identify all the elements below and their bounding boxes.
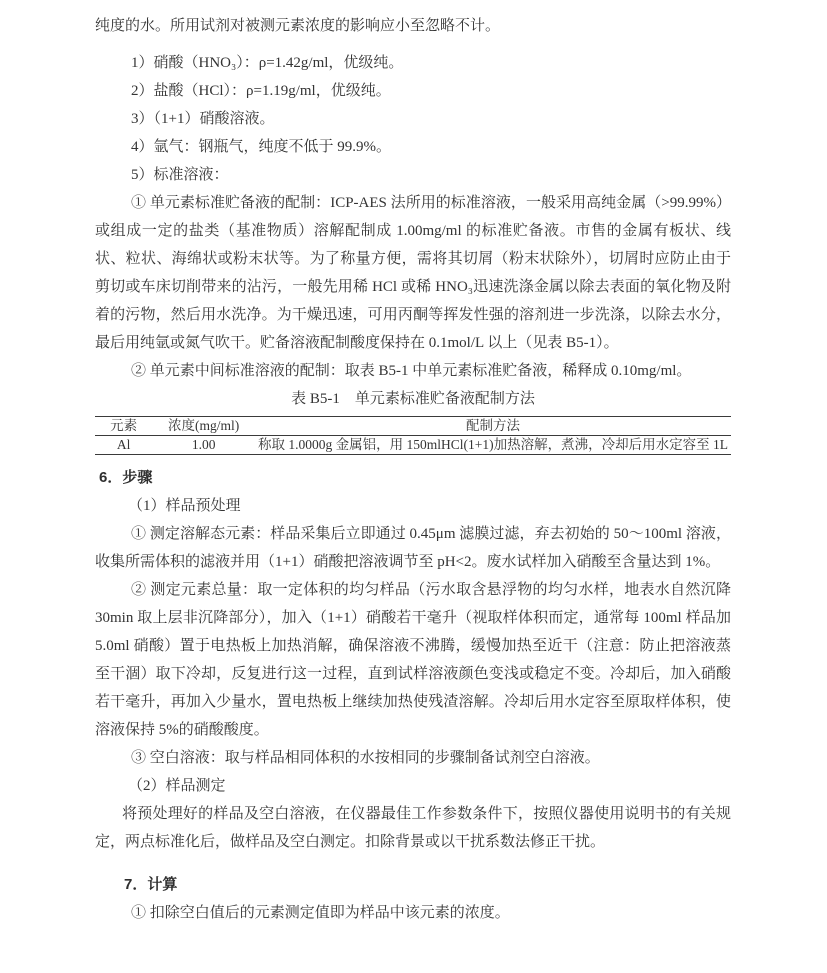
table-caption: 表 B5-1 单元素标准贮备液配制方法 [95, 385, 731, 413]
section-heading-steps: 6．步骤 [95, 464, 731, 492]
list-item-hydrochloric-acid: 2）盐酸（HCl）：ρ=1.19g/ml，优级纯。 [95, 77, 731, 105]
document-page: 纯度的水。所用试剂对被测元素浓度的影响应小至忽略不计。 1）硝酸（HNO₃）：ρ… [0, 0, 827, 973]
paragraph-intermediate-solution: ② 单元素中间标准溶液的配制：取表 B5-1 中单元素标准贮备液，稀释成 0.1… [95, 357, 731, 385]
table-cell-element: Al [95, 436, 152, 455]
list-item-argon-gas: 4）氩气：钢瓶气，纯度不低于 99.9%。 [95, 133, 731, 161]
column-header-concentration: 浓度(mg/ml) [152, 417, 255, 436]
paragraph-total-elements: ② 测定元素总量：取一定体积的均匀样品（污水取含悬浮物的均匀水样，地表水自然沉降… [95, 576, 731, 744]
table-cell-method: 称取 1.0000g 金属铝，用 150mlHCl(1+1)加热溶解，煮沸，冷却… [255, 436, 731, 455]
table-cell-concentration: 1.00 [152, 436, 255, 455]
paragraph-blank-solution: ③ 空白溶液：取与样品相同体积的水按相同的步骤制备试剂空白溶液。 [95, 744, 731, 772]
column-header-element: 元素 [95, 417, 152, 436]
paragraph-blank-subtraction: ① 扣除空白值后的元素测定值即为样品中该元素的浓度。 [95, 899, 731, 927]
sub-heading-sample-determination: （2）样品测定 [95, 772, 731, 800]
sub-heading-sample-pretreatment: （1）样品预处理 [95, 492, 731, 520]
list-item-nitric-acid-solution: 3）（1+1）硝酸溶液。 [95, 105, 731, 133]
table-b5-1: 元素 浓度(mg/ml) 配制方法 Al 1.00 称取 1.0000g 金属铝… [95, 416, 731, 455]
table-row-al: Al 1.00 称取 1.0000g 金属铝，用 150mlHCl(1+1)加热… [95, 436, 731, 455]
paragraph-stock-solution: ① 单元素标准贮备液的配制：ICP-AES 法所用的标准溶液，一般采用高纯金属（… [95, 189, 731, 357]
paragraph-sample-measurement: 将预处理好的样品及空白溶液，在仪器最佳工作参数条件下，按照仪器使用说明书的有关规… [95, 800, 731, 856]
list-item-standard-solution: 5）标准溶液： [95, 161, 731, 189]
table-header-row: 元素 浓度(mg/ml) 配制方法 [95, 417, 731, 436]
column-header-method: 配制方法 [255, 417, 731, 436]
paragraph-intro-continuation: 纯度的水。所用试剂对被测元素浓度的影响应小至忽略不计。 [95, 12, 731, 40]
section-heading-calculation: 7．计算 [95, 871, 731, 899]
list-item-nitric-acid: 1）硝酸（HNO₃）：ρ=1.42g/ml，优级纯。 [95, 49, 731, 77]
paragraph-dissolved-elements: ① 测定溶解态元素：样品采集后立即通过 0.45μm 滤膜过滤，弃去初始的 50… [95, 520, 731, 576]
